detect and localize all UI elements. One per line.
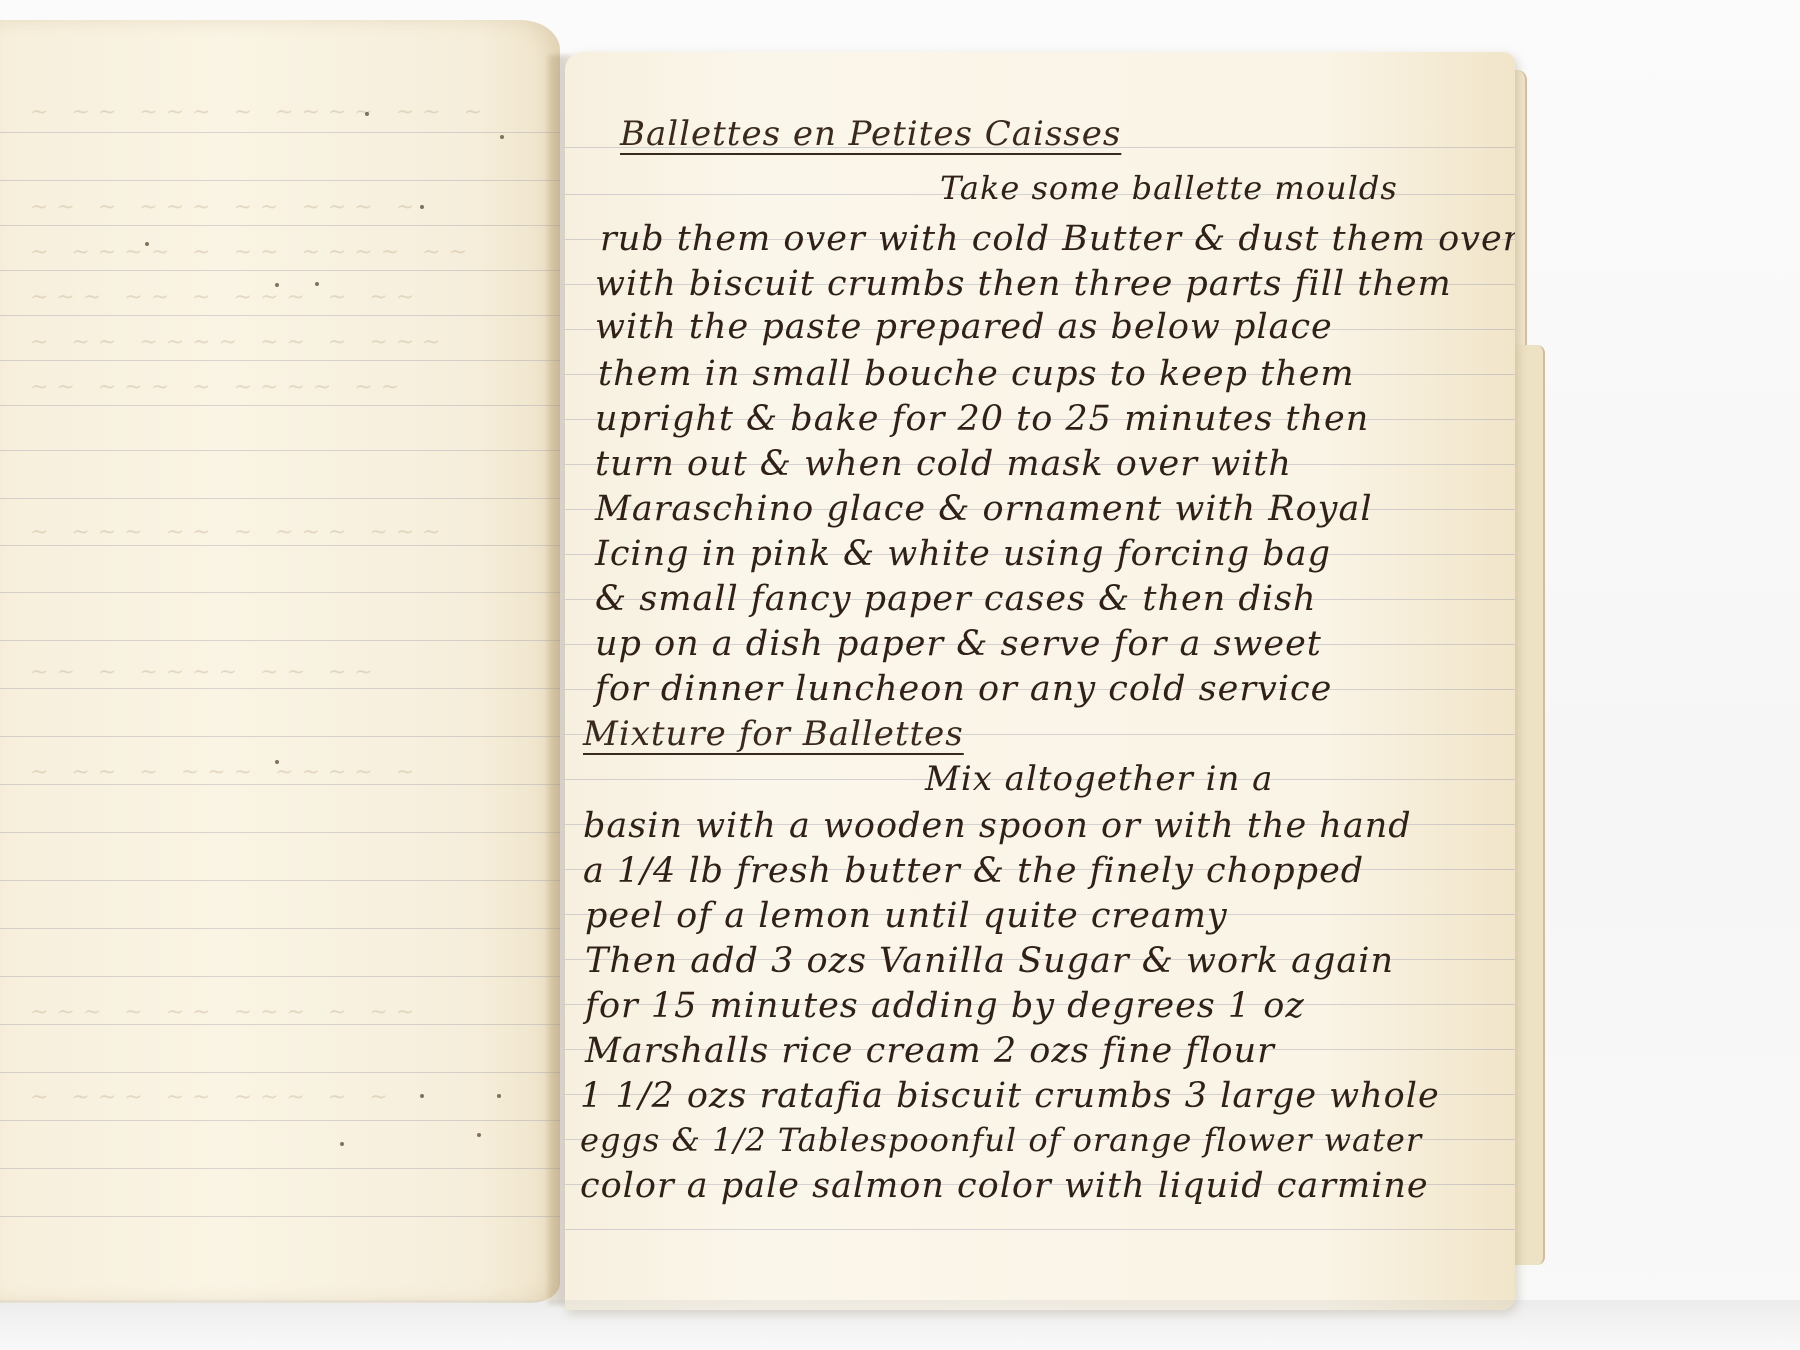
recipe-line: up on a dish paper & serve for a sweet [595,627,1322,662]
rule-line [0,640,560,641]
ink-speck [275,283,279,287]
ink-speck [497,1094,501,1098]
rule-line [0,180,560,181]
rule-line [0,1120,560,1121]
rule-line [0,1168,560,1169]
ink-show-through: ~~ ~ ~~~~ ~~ ~~ [30,660,520,685]
rule-line [0,1072,560,1073]
ink-speck [275,760,279,764]
recipe-line: for dinner luncheon or any cold service [595,672,1332,707]
rule-line [0,928,560,929]
rule-line [0,225,560,226]
ink-speck [340,1142,344,1146]
mixture-line: 1 1/2 ozs ratafia biscuit crumbs 3 large… [580,1079,1440,1114]
left-page: ~ ~~ ~~~ ~ ~~~~ ~~ ~ ~~ ~ ~~~ ~~ ~~~ ~ ~… [0,20,560,1303]
mixture-title: Mixture for Ballettes [583,717,964,751]
ink-show-through: ~ ~~~ ~~ ~~~ ~ ~ [30,1085,520,1110]
recipe-line: rub them over with cold Butter & dust th… [600,222,1515,257]
recipe-line: upright & bake for 20 to 25 minutes then [595,402,1369,437]
ink-speck [420,1094,424,1098]
rule-line [0,832,560,833]
ink-show-through: ~~ ~~~ ~ ~~~~ ~~ [30,375,520,400]
ink-speck [500,135,504,139]
ink-show-through: ~ ~~ ~~~ ~ ~~~~ ~~ ~ [30,100,520,125]
recipe-line: Take some ballette moulds [940,172,1398,204]
rule-line [0,315,560,316]
ink-show-through: ~~~ ~ ~~ ~~~ ~ ~~ [30,1000,520,1025]
rule-line [0,736,560,737]
ink-show-through: ~ ~~ ~ ~~~ ~~~~ ~ [30,760,520,785]
rule-line [0,545,560,546]
mixture-line: Mix altogether in a [925,762,1273,796]
recipe-line: with the paste prepared as below place [595,310,1333,345]
mixture-line: a 1/4 lb fresh butter & the finely chopp… [583,854,1364,889]
rule-line [0,688,560,689]
ink-speck [420,205,424,209]
rule-line [0,592,560,593]
ink-speck [477,1133,481,1137]
handwritten-recipe: Ballettes en Petites Caisses Take some b… [565,52,1515,1310]
ink-show-through: ~ ~~~~ ~ ~~ ~~~~ ~~ [30,240,520,265]
rule-line [0,498,560,499]
mixture-line: Then add 3 ozs Vanilla Sugar & work agai… [585,944,1394,979]
rule-line [0,1216,560,1217]
recipe-line: with biscuit crumbs then three parts fil… [595,267,1452,302]
mixture-line: eggs & 1/2 Tablespoonful of orange flowe… [580,1124,1422,1156]
ink-show-through: ~ ~~ ~~~~ ~~ ~ ~~~ [30,330,520,355]
mixture-line: basin with a wooden spoon or with the ha… [583,809,1412,844]
rule-line [0,132,560,133]
mixture-line: for 15 minutes adding by degrees 1 oz [585,989,1305,1024]
recipe-line: Icing in pink & white using forcing bag [595,537,1331,572]
ink-show-through: ~~ ~ ~~~ ~~ ~~~ ~ [30,195,520,220]
recipe-line: Maraschino glace & ornament with Royal [595,492,1373,527]
ink-show-through: ~ ~~~ ~~ ~ ~~~ ~~~ [30,520,520,545]
recipe-line: them in small bouche cups to keep them [598,357,1355,392]
mixture-line: peel of a lemon until quite creamy [585,899,1228,934]
rule-line [0,976,560,977]
mixture-line: Marshalls rice cream 2 ozs fine flour [585,1034,1275,1069]
ink-speck [315,282,319,286]
ink-show-through: ~~~ ~~ ~ ~~~ ~ ~~ [30,285,520,310]
rule-line [0,450,560,451]
mixture-line: color a pale salmon color with liquid ca… [580,1169,1429,1204]
table-shadow [0,1300,1800,1350]
recipe-line: & small fancy paper cases & then dish [595,582,1317,617]
rule-line [0,270,560,271]
recipe-title: Ballettes en Petites Caisses [620,117,1121,151]
ink-speck [365,112,369,116]
rule-line [0,880,560,881]
recipe-line: turn out & when cold mask over with [595,447,1292,482]
rule-line [0,405,560,406]
rule-line [0,360,560,361]
right-page: Ballettes en Petites Caisses Take some b… [565,52,1515,1310]
ink-speck [145,242,149,246]
